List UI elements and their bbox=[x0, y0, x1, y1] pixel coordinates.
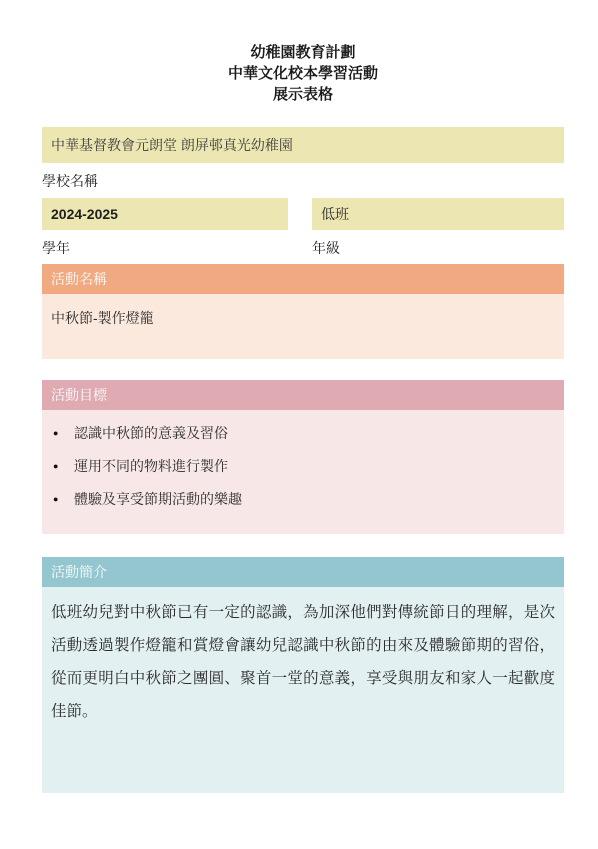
goal-item-text: 體驗及享受節期活動的樂趣 bbox=[74, 489, 242, 509]
grade-column: 低班 年級 bbox=[312, 191, 564, 258]
bullet-icon: ● bbox=[51, 428, 74, 438]
goal-item: ● 認識中秋節的意義及習俗 bbox=[51, 416, 555, 449]
bullet-icon: ● bbox=[51, 494, 74, 504]
school-name-label: 學校名稱 bbox=[42, 171, 564, 191]
activity-goals-section-body: ● 認識中秋節的意義及習俗 ● 運用不同的物料進行製作 ● 體驗及享受節期活動的… bbox=[42, 410, 564, 534]
year-column: 2024-2025 學年 bbox=[42, 191, 288, 258]
goal-item-text: 運用不同的物料進行製作 bbox=[74, 456, 228, 476]
school-year-value-box: 2024-2025 bbox=[42, 198, 288, 230]
bullet-icon: ● bbox=[51, 461, 74, 471]
activity-goals-section-header: 活動目標 bbox=[42, 380, 564, 410]
school-name-value: 中華基督教會元朗堂 朗屏邨真光幼稚園 bbox=[51, 135, 293, 155]
grade-value-box: 低班 bbox=[312, 198, 564, 230]
activity-intro-section-header: 活動簡介 bbox=[42, 557, 564, 587]
page-title: 幼稚園教育計劃 中華文化校本學習活動 展示表格 bbox=[42, 0, 564, 105]
goal-item: ● 運用不同的物料進行製作 bbox=[51, 449, 555, 482]
document-page: { "title": { "line1": "幼稚園教育計劃", "line2"… bbox=[0, 0, 598, 849]
grade-value: 低班 bbox=[321, 204, 349, 224]
title-line-1: 幼稚園教育計劃 bbox=[42, 42, 564, 63]
title-line-2: 中華文化校本學習活動 bbox=[42, 63, 564, 84]
title-line-3: 展示表格 bbox=[42, 84, 564, 105]
school-name-value-box: 中華基督教會元朗堂 朗屏邨真光幼稚園 bbox=[42, 127, 564, 163]
school-year-label: 學年 bbox=[42, 238, 288, 258]
grade-label: 年級 bbox=[312, 238, 564, 258]
year-grade-row: 2024-2025 學年 低班 年級 bbox=[42, 191, 564, 258]
activity-name-section-body: 中秋節-製作燈籠 bbox=[42, 294, 564, 359]
activity-name-section-header: 活動名稱 bbox=[42, 264, 564, 294]
goal-list: ● 認識中秋節的意義及習俗 ● 運用不同的物料進行製作 ● 體驗及享受節期活動的… bbox=[51, 416, 555, 515]
activity-intro-text: 低班幼兒對中秋節已有一定的認識，為加深他們對傳統節日的理解，是次活動透過製作燈籠… bbox=[51, 596, 555, 728]
activity-intro-section-body: 低班幼兒對中秋節已有一定的認識，為加深他們對傳統節日的理解，是次活動透過製作燈籠… bbox=[42, 587, 564, 793]
goal-item: ● 體驗及享受節期活動的樂趣 bbox=[51, 482, 555, 515]
activity-name-value: 中秋節-製作燈籠 bbox=[51, 310, 154, 326]
goal-item-text: 認識中秋節的意義及習俗 bbox=[74, 423, 228, 443]
school-year-value: 2024-2025 bbox=[51, 206, 118, 222]
page-content: 幼稚園教育計劃 中華文化校本學習活動 展示表格 中華基督教會元朗堂 朗屏邨真光幼… bbox=[42, 0, 564, 793]
